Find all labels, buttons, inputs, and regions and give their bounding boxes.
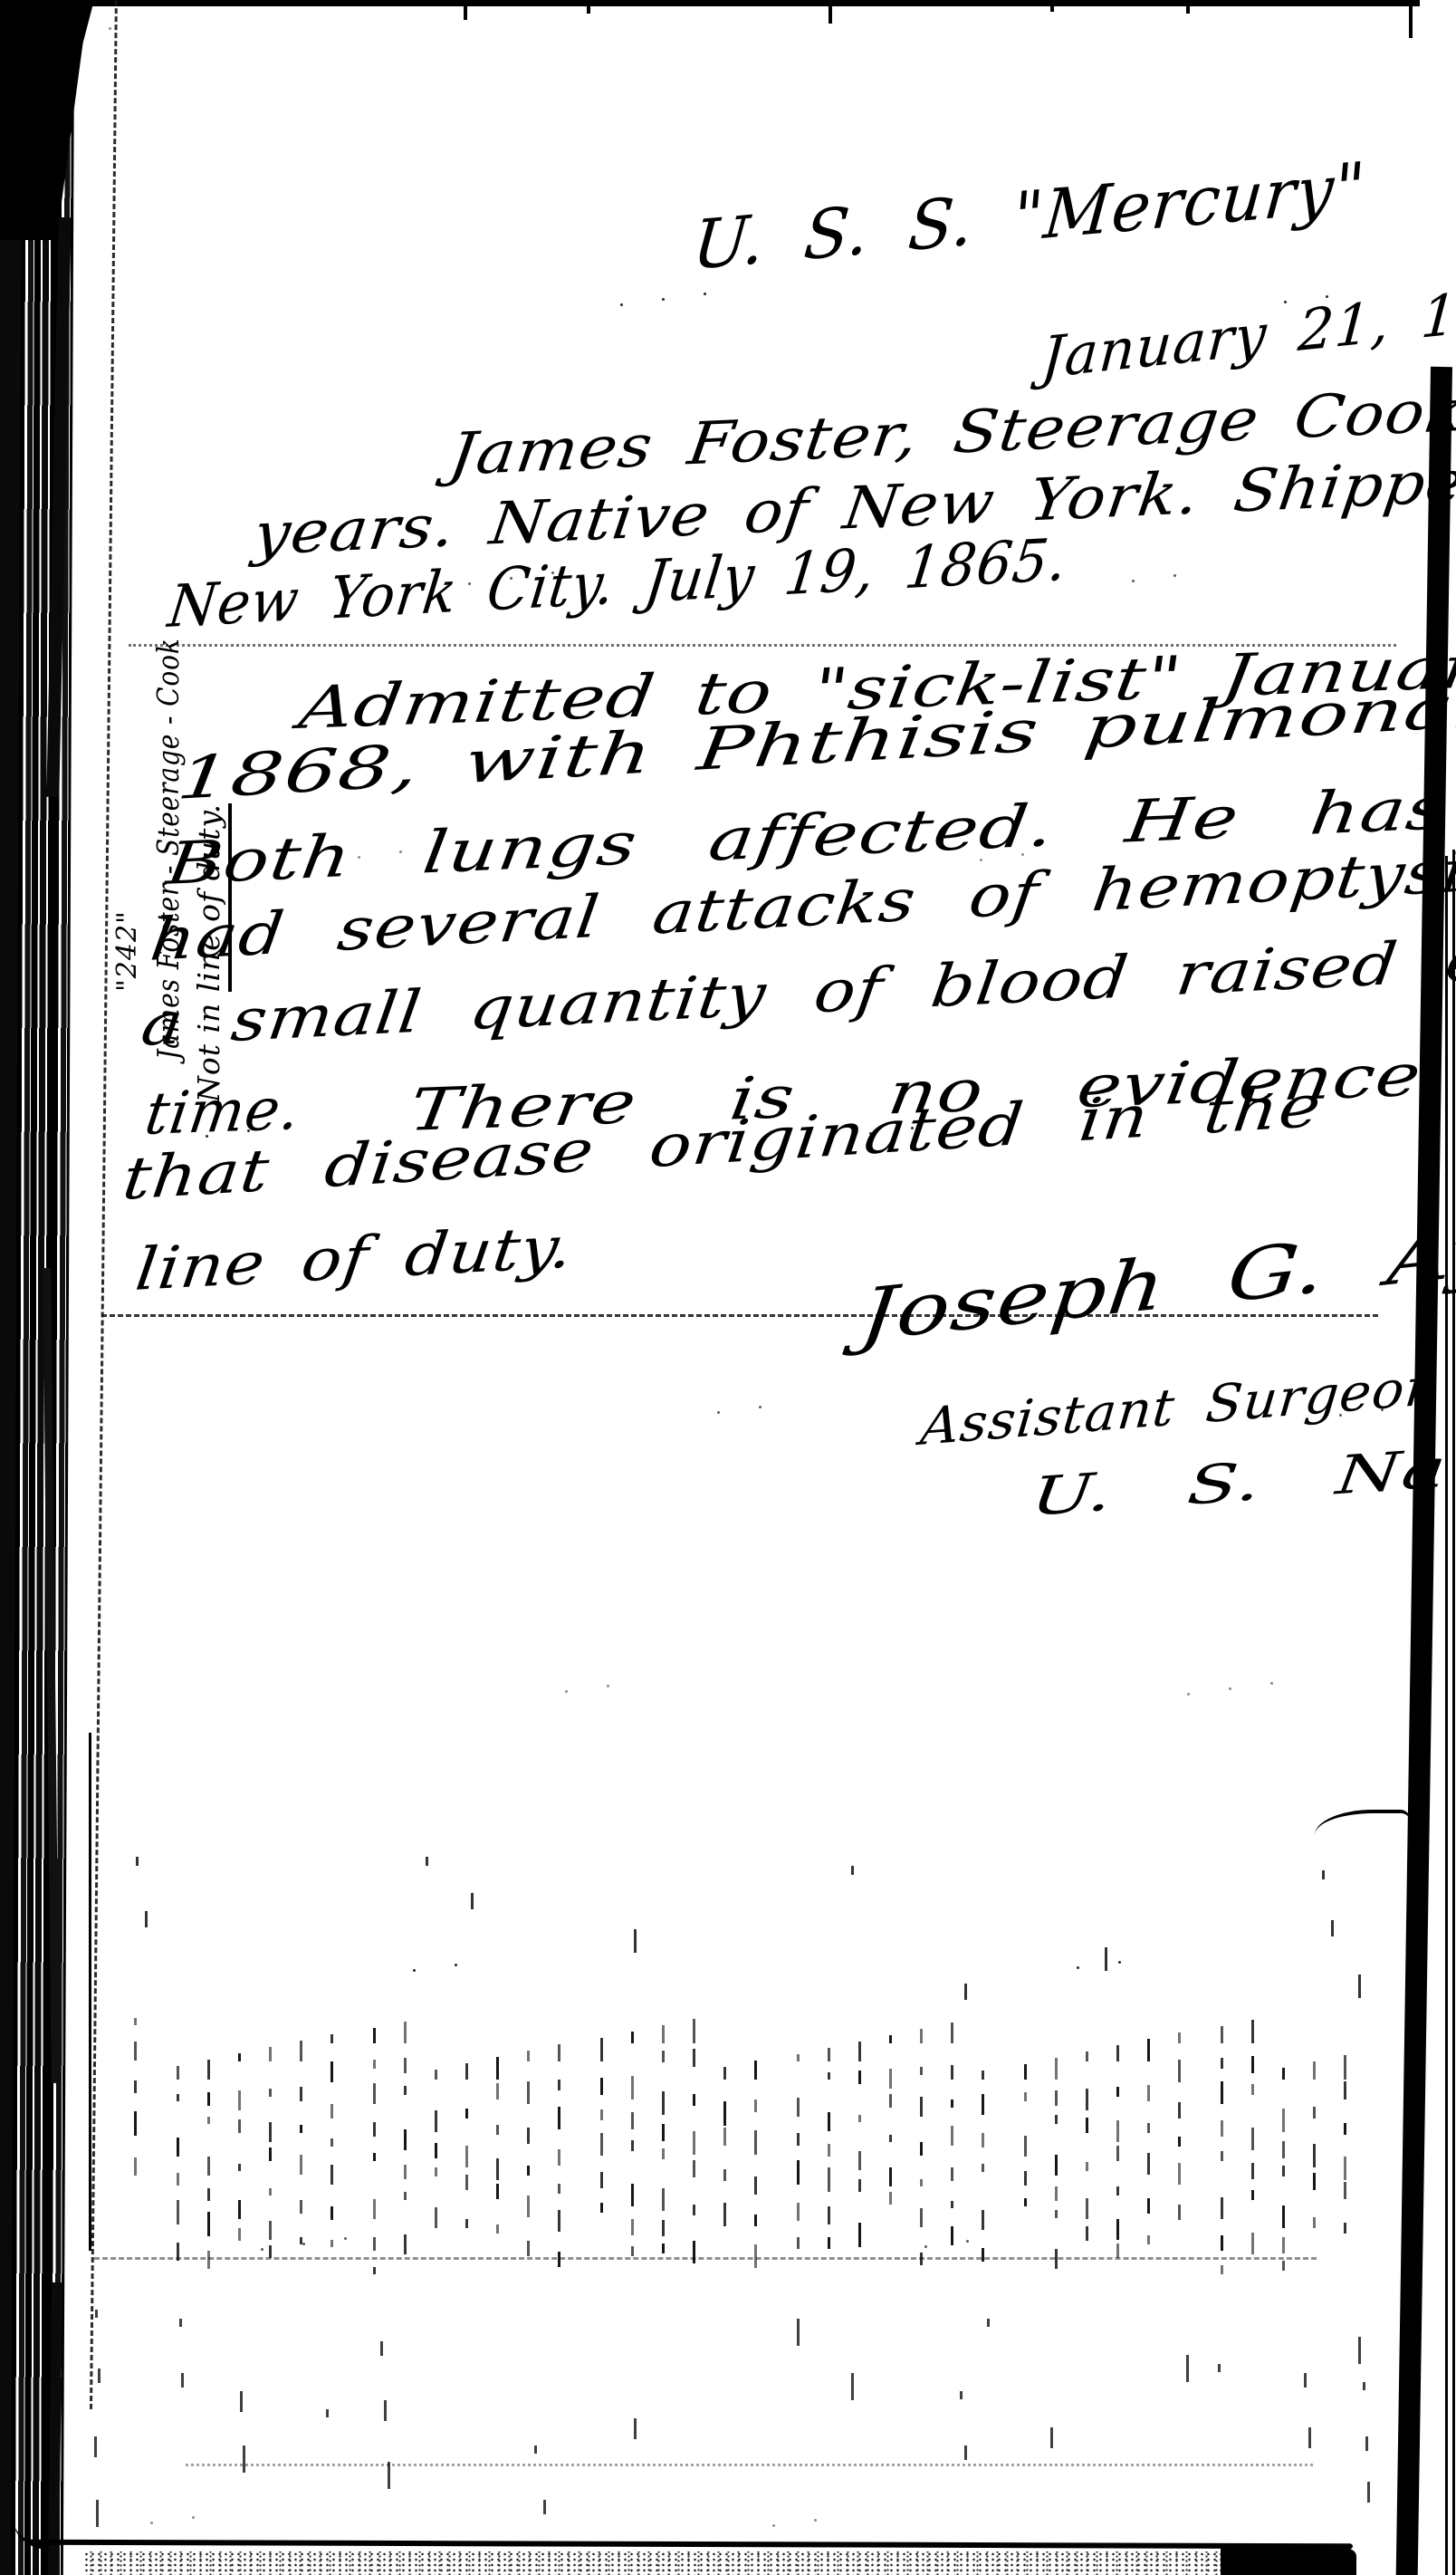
bleed-dash bbox=[1055, 2058, 1058, 2080]
bleed-dash bbox=[527, 2128, 530, 2144]
bleed-dash bbox=[300, 2155, 302, 2175]
scan-speck bbox=[662, 298, 665, 301]
bleed-dash bbox=[600, 2109, 603, 2120]
bleed-dash bbox=[1282, 2068, 1285, 2080]
bleed-dash bbox=[527, 2051, 530, 2061]
bleed-dash bbox=[269, 2147, 272, 2161]
bleed-dash bbox=[920, 2067, 923, 2075]
bleed-dash bbox=[496, 2184, 499, 2199]
bleed-dash bbox=[982, 2210, 984, 2230]
bleed-dash bbox=[920, 2097, 923, 2117]
signature-name: Joseph G. Ay bbox=[857, 1210, 1456, 1356]
bleed-dash bbox=[181, 2373, 184, 2388]
scan-speck bbox=[704, 293, 706, 295]
scan-speck bbox=[1229, 1687, 1231, 1690]
bleed-dash bbox=[134, 2080, 137, 2093]
bleed-dash bbox=[95, 2310, 98, 2318]
bleed-dash bbox=[404, 2022, 407, 2043]
bleed-dash bbox=[600, 2133, 603, 2156]
bleed-dash bbox=[1147, 2123, 1150, 2133]
bleed-dash bbox=[1251, 2056, 1254, 2073]
bleed-dash bbox=[631, 2112, 634, 2129]
bleed-dash bbox=[1024, 2171, 1027, 2186]
bleed-dash bbox=[1050, 2427, 1053, 2448]
bleed-dash bbox=[662, 2025, 665, 2043]
bleed-dash bbox=[373, 2199, 376, 2219]
bleed-dash bbox=[1024, 2092, 1027, 2101]
scan-speck bbox=[109, 27, 111, 30]
scan-speck bbox=[1077, 1966, 1079, 1969]
bleed-dash bbox=[177, 2094, 179, 2101]
bleed-dash bbox=[1251, 2233, 1254, 2254]
bleed-dash bbox=[951, 2099, 953, 2108]
scan-speck bbox=[966, 2240, 969, 2243]
bleed-dash bbox=[858, 2151, 861, 2170]
scan-speck bbox=[150, 2522, 153, 2524]
bleed-dash bbox=[1358, 1974, 1361, 1998]
bleed-dash bbox=[723, 2169, 726, 2181]
bleed-dash bbox=[662, 2148, 665, 2159]
scan-speck bbox=[607, 1685, 609, 1687]
bleed-dash bbox=[207, 2157, 210, 2176]
bleed-dash bbox=[1116, 2087, 1119, 2097]
bleed-dash bbox=[1055, 2115, 1058, 2124]
scan-speck bbox=[1187, 1693, 1190, 1696]
bleed-dash bbox=[1251, 2084, 1254, 2095]
bleed-dash bbox=[754, 2130, 757, 2155]
bleed-dash bbox=[828, 2048, 830, 2061]
bleed-dash bbox=[238, 2228, 241, 2241]
bleed-dash bbox=[330, 2240, 333, 2247]
bleed-dash bbox=[951, 2167, 953, 2181]
bleed-dash bbox=[1313, 2144, 1316, 2167]
margin-note-name-line: James Foster - Steerage - Cook bbox=[148, 725, 188, 1060]
margin-note-verdict-line: Not in line of duty. bbox=[188, 666, 229, 1102]
bleed-dash bbox=[1344, 2123, 1346, 2135]
bleed-dash bbox=[465, 2109, 468, 2119]
bleed-dash bbox=[920, 2253, 923, 2265]
bleed-dash bbox=[723, 2203, 726, 2226]
bleed-dash bbox=[634, 2418, 637, 2439]
bleed-dash bbox=[889, 2167, 892, 2186]
ruled-dashed-line bbox=[94, 2257, 1317, 2260]
bleed-dash bbox=[373, 2060, 376, 2069]
bleed-dash bbox=[889, 2035, 892, 2043]
bleed-dash bbox=[1116, 2120, 1119, 2142]
bleed-dash bbox=[723, 2101, 726, 2126]
bleed-dash bbox=[269, 2122, 272, 2142]
bleed-dash bbox=[951, 2226, 953, 2245]
signature-org: U. S. Na bbox=[1029, 1439, 1450, 1526]
bleed-dash bbox=[631, 2219, 634, 2235]
bleed-dash bbox=[207, 2251, 210, 2269]
bleed-dash bbox=[1282, 2109, 1285, 2132]
bleed-dash bbox=[1055, 2186, 1058, 2201]
bleed-dash bbox=[435, 2110, 437, 2132]
bleed-dash bbox=[851, 2373, 854, 2400]
bleed-dash bbox=[300, 2087, 302, 2101]
bleed-dash bbox=[662, 2051, 665, 2062]
page-top-edge-tick bbox=[1409, 0, 1413, 38]
bleed-dash bbox=[1282, 2205, 1285, 2228]
bleed-dash bbox=[465, 2175, 468, 2190]
bleed-dash bbox=[1282, 2166, 1285, 2176]
bleed-dash bbox=[951, 2201, 953, 2208]
bleed-dash bbox=[723, 2128, 726, 2146]
bleed-dash bbox=[269, 2245, 272, 2258]
bleed-dash bbox=[982, 2248, 984, 2262]
bleed-dash bbox=[1221, 2058, 1223, 2069]
bleed-dash bbox=[330, 2206, 333, 2220]
margin-note-verdict-underlined: line of duty. bbox=[191, 803, 232, 992]
bleed-dash bbox=[858, 2223, 861, 2247]
bleed-dash bbox=[982, 2164, 984, 2172]
page-top-edge bbox=[78, 0, 1420, 6]
margin-note-verdict-prefix: Not in bbox=[191, 992, 226, 1102]
bleed-dash bbox=[662, 2244, 665, 2253]
bleed-dash bbox=[1322, 1870, 1325, 1879]
bleed-dash bbox=[754, 2244, 757, 2268]
bleed-dash bbox=[1086, 2198, 1088, 2219]
bleed-dash bbox=[527, 2195, 530, 2217]
bleed-dash bbox=[600, 2172, 603, 2188]
bleed-dash bbox=[435, 2070, 437, 2080]
handwritten-line: line of duty. bbox=[132, 1215, 577, 1302]
bleed-dash bbox=[96, 2500, 99, 2527]
bleed-dash bbox=[465, 2219, 468, 2228]
scan-speck bbox=[302, 2243, 305, 2245]
bleed-dash bbox=[177, 2173, 179, 2186]
bleed-dash bbox=[960, 2391, 963, 2399]
bleed-dash bbox=[330, 2061, 333, 2082]
bleed-dash bbox=[527, 2241, 530, 2256]
bleed-dash bbox=[754, 2215, 757, 2226]
bleed-dash bbox=[243, 2445, 245, 2473]
bleed-dash bbox=[1024, 2198, 1027, 2206]
bleed-dash bbox=[1147, 2198, 1150, 2214]
page-top-edge-tick bbox=[1186, 0, 1190, 14]
bleed-dash bbox=[496, 2224, 499, 2234]
bleed-dash bbox=[179, 2319, 182, 2327]
scan-speck bbox=[772, 2524, 775, 2527]
bleed-dash bbox=[269, 2221, 272, 2240]
bleed-dash bbox=[1344, 2182, 1346, 2199]
bleed-dash bbox=[631, 2140, 634, 2151]
bleed-dash bbox=[1313, 2217, 1316, 2228]
ship-name-heading: U. S. S. "Mercury" bbox=[690, 150, 1368, 283]
bleed-dash bbox=[693, 2131, 695, 2155]
bleed-dash bbox=[496, 2125, 499, 2135]
bleed-dash bbox=[1147, 2235, 1150, 2244]
bleed-dash bbox=[858, 2071, 861, 2084]
bleed-dash bbox=[134, 2018, 137, 2025]
bleed-dash bbox=[693, 2094, 695, 2106]
book-binding-top-wedge bbox=[0, 0, 94, 240]
bleed-dash bbox=[982, 2133, 984, 2147]
bleed-dash bbox=[851, 1866, 854, 1875]
bleed-dash bbox=[435, 2207, 437, 2228]
bleed-dash bbox=[558, 2149, 560, 2166]
bleed-dash bbox=[1313, 2061, 1316, 2080]
bleed-dash bbox=[1147, 2085, 1150, 2101]
bleed-dash bbox=[951, 2126, 953, 2146]
bleed-dash bbox=[207, 2060, 210, 2080]
bleed-dash bbox=[496, 2083, 499, 2099]
bleed-dash bbox=[98, 2368, 101, 2383]
bleed-dash bbox=[1178, 2060, 1181, 2082]
scan-speck bbox=[1173, 574, 1176, 577]
bleed-dash bbox=[373, 2028, 376, 2043]
bleed-dash bbox=[920, 2029, 923, 2043]
bleed-dash bbox=[1024, 2064, 1027, 2080]
bleed-dash bbox=[1221, 2151, 1223, 2161]
bleed-dash bbox=[269, 2089, 272, 2097]
page-top-edge-tick bbox=[464, 0, 467, 20]
bleed-dash bbox=[373, 2122, 376, 2137]
bleed-dash bbox=[388, 2462, 390, 2489]
bleed-dash bbox=[1147, 2153, 1150, 2175]
bleed-dash bbox=[558, 2107, 560, 2129]
bleed-dash bbox=[1282, 2141, 1285, 2158]
bleed-dash bbox=[1218, 2364, 1221, 2372]
bleed-dash bbox=[1086, 2089, 1088, 2110]
bleed-dash bbox=[373, 2153, 376, 2161]
bleed-dash bbox=[238, 2053, 241, 2061]
bleed-dash bbox=[1116, 2186, 1119, 2195]
bleed-dash bbox=[373, 2237, 376, 2251]
bleed-dash bbox=[1086, 2226, 1088, 2241]
bleed-dash bbox=[300, 2041, 302, 2061]
bleed-dash bbox=[828, 2072, 830, 2080]
bleed-dash bbox=[238, 2164, 241, 2171]
bleed-dash bbox=[435, 2167, 437, 2176]
bleed-dash bbox=[1055, 2090, 1058, 2106]
scan-speck bbox=[814, 2519, 817, 2522]
bleed-dash bbox=[330, 2034, 333, 2043]
bleed-dash bbox=[527, 2166, 530, 2176]
scan-speck bbox=[261, 2248, 263, 2251]
bleed-dash bbox=[1186, 2355, 1189, 2382]
page-right-edge-line bbox=[1452, 850, 1455, 2575]
page-right-edge-line bbox=[1445, 856, 1448, 2575]
bleed-dash bbox=[1251, 2128, 1254, 2150]
scan-speck bbox=[344, 2237, 347, 2240]
bleed-dash bbox=[964, 1984, 967, 2000]
bleed-dash bbox=[435, 2143, 437, 2158]
bleed-dash bbox=[754, 2099, 757, 2112]
bleed-dash bbox=[496, 2057, 499, 2080]
bleed-dash bbox=[858, 2179, 861, 2192]
bleed-dash bbox=[1363, 2382, 1365, 2390]
bleed-dash bbox=[693, 2019, 695, 2043]
page-bottom-speckle-band bbox=[83, 2551, 1297, 2575]
bleed-dash bbox=[662, 2091, 665, 2115]
bleed-dash bbox=[1344, 2055, 1346, 2080]
bleed-dash bbox=[858, 2042, 861, 2061]
bleed-dash bbox=[380, 2341, 383, 2356]
bleed-dash bbox=[1178, 2032, 1181, 2043]
bleed-dash bbox=[754, 2176, 757, 2195]
margin-rule-solid-vertical bbox=[89, 1733, 91, 2251]
bleed-dash bbox=[177, 2200, 179, 2224]
bleed-dash bbox=[1344, 2081, 1346, 2099]
bleed-dash bbox=[558, 2044, 560, 2061]
bleed-dash bbox=[693, 2049, 695, 2067]
bleed-dash bbox=[662, 2188, 665, 2211]
bleed-dash bbox=[1178, 2163, 1181, 2185]
bleed-dash bbox=[1055, 2155, 1058, 2176]
bleed-dash bbox=[1086, 2118, 1088, 2133]
bleed-dash bbox=[600, 2078, 603, 2095]
bleed-dash bbox=[1221, 2120, 1223, 2137]
bleed-dash bbox=[240, 2391, 243, 2412]
scanned-document-page: U. S. S. "Mercury" January 21, 186 James… bbox=[0, 0, 1456, 2575]
bleed-dash bbox=[600, 2038, 603, 2061]
page-bottom-corner-blob bbox=[1221, 2547, 1356, 2575]
bleed-dash bbox=[600, 2203, 603, 2213]
bleed-dash bbox=[558, 2210, 560, 2232]
bleed-dash bbox=[889, 2192, 892, 2205]
bleed-dash bbox=[889, 2094, 892, 2108]
bleed-dash bbox=[982, 2094, 984, 2115]
scan-speck bbox=[1132, 580, 1135, 582]
bleed-dash bbox=[797, 2319, 800, 2346]
page-top-edge-tick bbox=[829, 0, 832, 24]
bleed-dash bbox=[1116, 2219, 1119, 2240]
bleed-dash bbox=[662, 2124, 665, 2141]
bleed-dash bbox=[1251, 2190, 1254, 2200]
bleed-dash bbox=[1344, 2223, 1346, 2234]
bleed-dash bbox=[134, 2042, 137, 2061]
bleed-dash bbox=[1308, 2427, 1311, 2448]
bleed-dash bbox=[558, 2252, 560, 2267]
bleed-dash bbox=[828, 2206, 830, 2224]
bleed-dash bbox=[1221, 2081, 1223, 2104]
bleed-dash bbox=[1105, 1947, 1107, 1971]
scan-speck bbox=[620, 303, 623, 306]
bleed-dash bbox=[404, 2086, 407, 2095]
bleed-dash bbox=[465, 2146, 468, 2167]
bleed-dash bbox=[1367, 2482, 1370, 2503]
bleed-dash bbox=[558, 2080, 560, 2090]
bleed-dash bbox=[1178, 2102, 1181, 2119]
bleed-dash bbox=[797, 2133, 800, 2146]
scan-speck bbox=[1270, 1682, 1273, 1685]
bleed-dash bbox=[1116, 2146, 1119, 2161]
bleed-dash bbox=[693, 2205, 695, 2215]
bleed-dash bbox=[300, 2125, 302, 2133]
bleed-dash bbox=[828, 2167, 830, 2192]
bleed-dash bbox=[373, 2267, 376, 2274]
signature-title: Assistant Surgeon bbox=[918, 1359, 1442, 1456]
bleed-dash bbox=[889, 2069, 892, 2089]
bleed-dash bbox=[1116, 2244, 1119, 2258]
bleed-dash bbox=[920, 2142, 923, 2156]
bleed-dash bbox=[797, 2054, 800, 2061]
bleed-dash bbox=[326, 2409, 329, 2417]
bleed-dash bbox=[920, 2179, 923, 2186]
bleed-dash bbox=[238, 2119, 241, 2133]
bleed-dash bbox=[662, 2220, 665, 2236]
scan-speck bbox=[924, 2245, 927, 2248]
bleed-dash bbox=[373, 2083, 376, 2104]
bleed-dash bbox=[797, 2237, 800, 2249]
bleed-dash bbox=[723, 2067, 726, 2080]
bleed-dash bbox=[177, 2066, 179, 2080]
bleed-dash bbox=[1086, 2162, 1088, 2171]
bleed-dash bbox=[1055, 2210, 1058, 2218]
bleed-dash bbox=[1221, 2235, 1223, 2251]
bleed-dash bbox=[1116, 2045, 1119, 2061]
bleed-dash bbox=[404, 2129, 407, 2150]
bleed-dash bbox=[145, 1911, 148, 1927]
bleed-dash bbox=[238, 2200, 241, 2219]
bleed-dash bbox=[207, 2092, 210, 2106]
bleed-dash bbox=[1055, 2249, 1058, 2269]
bleed-dash bbox=[634, 1929, 637, 1953]
scan-speck bbox=[759, 1406, 762, 1408]
bleed-dash bbox=[631, 2032, 634, 2043]
scan-speck bbox=[413, 1969, 416, 1972]
bleed-dash bbox=[1358, 2337, 1361, 2364]
scan-speck bbox=[192, 2516, 195, 2519]
bleed-dash bbox=[828, 2144, 830, 2157]
bleed-dash bbox=[238, 2090, 241, 2110]
bleed-dash bbox=[889, 2135, 892, 2142]
bleed-dash bbox=[1251, 2020, 1254, 2043]
margin-note-case-number: "242" bbox=[107, 666, 148, 992]
bleed-dash bbox=[797, 2160, 800, 2185]
bleed-dash bbox=[404, 2192, 407, 2200]
bleed-dash bbox=[858, 2115, 861, 2122]
bleed-dash bbox=[797, 2203, 800, 2221]
bleed-dash bbox=[1251, 2163, 1254, 2179]
bleed-dash bbox=[987, 2319, 990, 2327]
margin-note: "242" James Foster - Steerage - Cook Not… bbox=[107, 666, 234, 1110]
bleed-dash bbox=[426, 1857, 428, 1866]
date-line: January 21, 186 bbox=[1039, 275, 1456, 389]
bleed-dash bbox=[828, 2237, 830, 2249]
bleed-dash bbox=[1304, 2373, 1307, 2388]
bleed-dash bbox=[177, 2243, 179, 2261]
bleed-dash bbox=[207, 2212, 210, 2236]
bleed-dash bbox=[920, 2208, 923, 2227]
bleed-dash bbox=[1365, 2436, 1368, 2451]
bleed-dash bbox=[1147, 2039, 1150, 2061]
page-bottom-edge-line bbox=[25, 2540, 1353, 2550]
bleed-dash bbox=[269, 2047, 272, 2061]
bleed-dash bbox=[1178, 2205, 1181, 2220]
bleed-dash bbox=[300, 2200, 302, 2214]
bleed-dash bbox=[828, 2112, 830, 2131]
bleed-dash bbox=[269, 2188, 272, 2195]
bleed-dash bbox=[543, 2500, 546, 2514]
scan-speck bbox=[717, 1411, 720, 1414]
scan-speck bbox=[455, 1964, 457, 1966]
bleed-dash bbox=[330, 2104, 333, 2119]
bleed-dash bbox=[136, 1857, 139, 1866]
bleed-dash bbox=[558, 2184, 560, 2194]
bleed-dash bbox=[94, 2436, 97, 2457]
scan-speck bbox=[1118, 1961, 1121, 1964]
bleed-dash bbox=[404, 2058, 407, 2073]
bleed-dash bbox=[951, 2065, 953, 2080]
bleed-dash bbox=[496, 2158, 499, 2180]
bleed-dash bbox=[693, 2160, 695, 2177]
bleed-dash bbox=[1024, 2136, 1027, 2157]
bleed-dash bbox=[534, 2445, 537, 2454]
bleed-dash bbox=[207, 2188, 210, 2201]
